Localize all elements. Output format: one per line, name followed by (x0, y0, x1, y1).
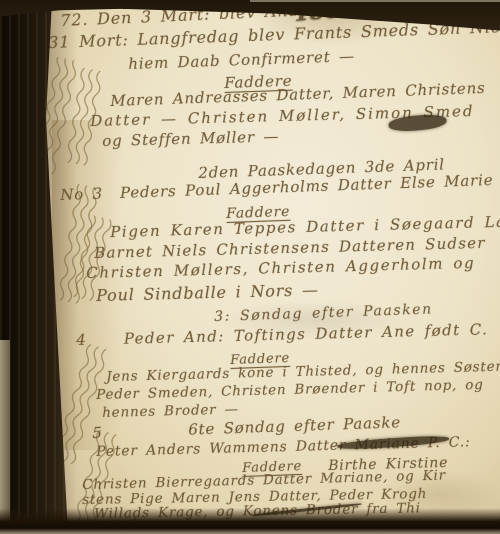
photo-top-edge (250, 0, 500, 2)
photo-background-edge (0, 340, 10, 534)
page-bottom-edge (0, 508, 500, 534)
manuscript-photo: 72. Den 3 Mart: blev Anders Toftings Dat… (0, 0, 500, 534)
